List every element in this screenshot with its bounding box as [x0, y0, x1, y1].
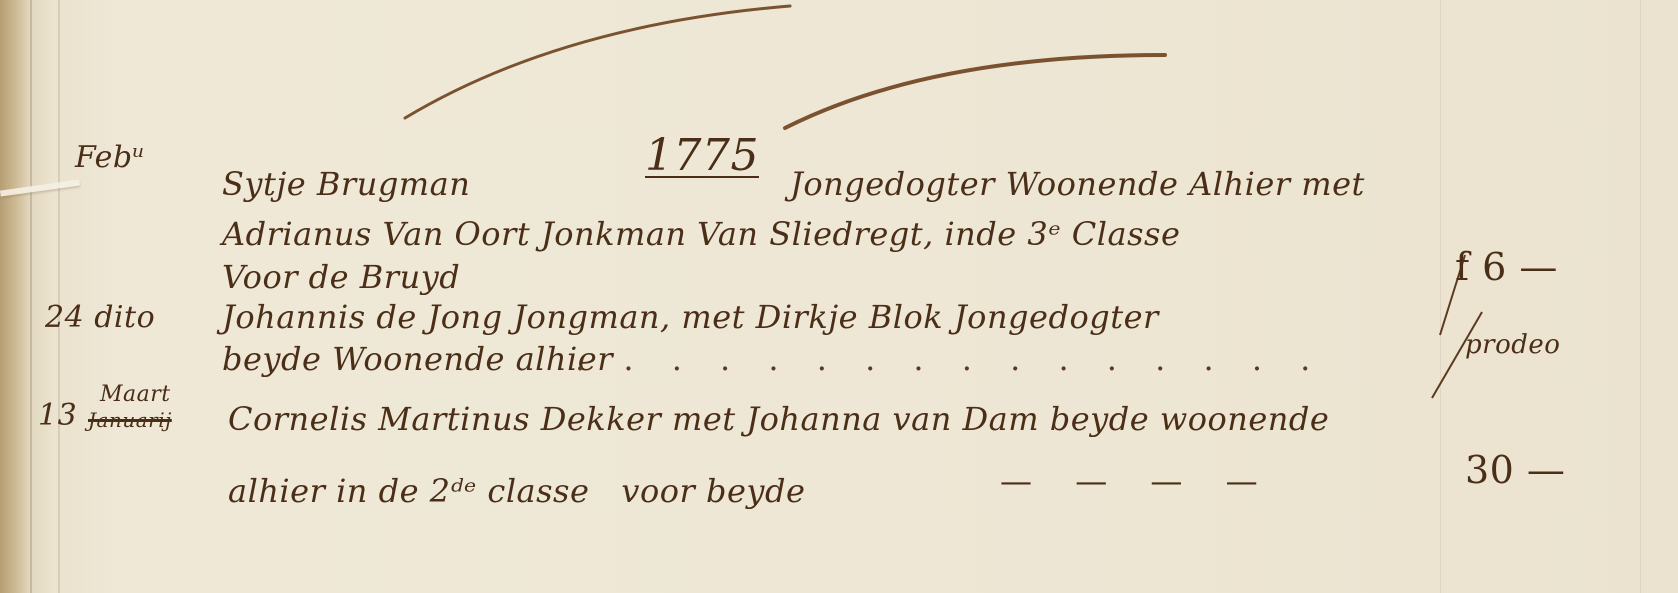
entry-line: Adrianus Van Oort Jonkman Van Sliedregt,… [222, 215, 1180, 253]
entry-line: beyde Woonende alhier [222, 340, 613, 378]
entry-line: Cornelis Martinus Dekker met Johanna van… [228, 400, 1329, 438]
entry-date: Febᵘ [75, 140, 145, 175]
entry-date: 24 dito [45, 300, 155, 335]
entry-date-struck: Januarij [88, 408, 172, 432]
register-page: Febᵘ Sytje Brugman 1775 Jongedogter Woon… [0, 0, 1678, 593]
entry-line: Johannis de Jong Jongman, met Dirkje Blo… [222, 298, 1159, 336]
year-heading: 1775 [645, 130, 759, 181]
entry-fee: f 6 — [1455, 245, 1558, 289]
entry-line: Voor de Bruyd [222, 258, 460, 296]
entry-date-month: Maart [100, 382, 171, 407]
entry-line: Sytje Brugman [222, 165, 470, 203]
entry-date-day: 13 [38, 398, 77, 433]
entry-line: Jongedogter Woonende Alhier met [790, 165, 1365, 203]
filler-dots: . . . . . . . . . . . . . . . . [575, 340, 1324, 378]
entry-line: alhier in de 2ᵈᵉ classe voor beyde [228, 472, 805, 510]
filler-dashes: — — — — [1000, 462, 1258, 500]
entry-fee: 30 — [1465, 448, 1565, 492]
entry-fee: prodeo [1465, 330, 1560, 360]
